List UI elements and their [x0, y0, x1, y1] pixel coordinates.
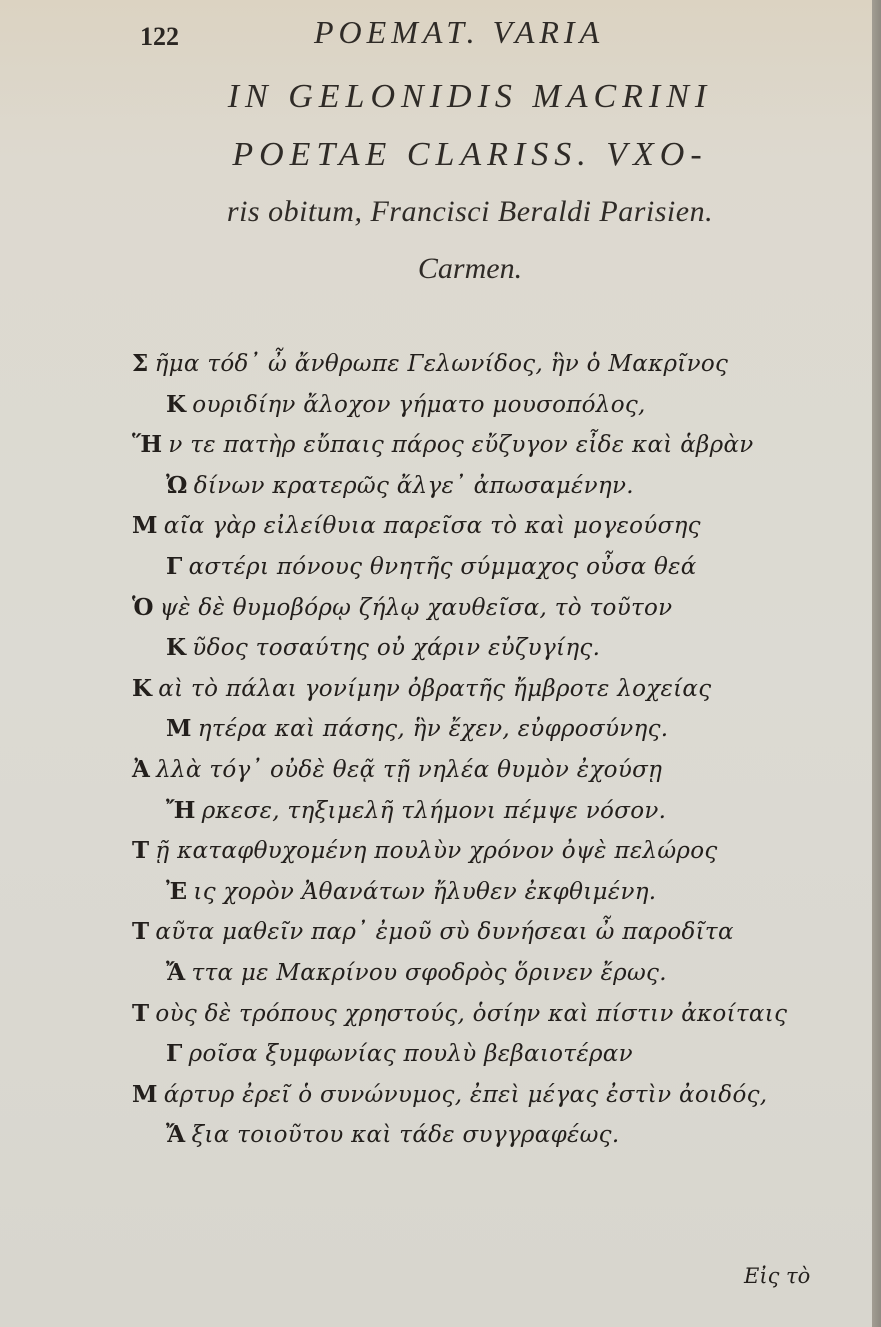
verse-line: Ἄξια τοιοῦτου καὶ τάδε συγγραφέως.: [132, 1115, 832, 1156]
verse-line: Μαῖα γὰρ εἰλείθυια παρεῖσα τὸ καὶ μογεού…: [132, 506, 832, 547]
catchword: Εἰς τὸ: [744, 1264, 810, 1288]
verse-line: Μητέρα καὶ πάσης, ἣν ἔχεν, εὐφροσύνης.: [132, 709, 832, 750]
verse-line: Σῆμα τόδ᾽ ὦ ἄνθρωπε Γελωνίδος, ἣν ὁ Μακρ…: [132, 344, 832, 385]
verse-line: Μάρτυρ ἐρεῖ ὁ συνώνυμος, ἐπεὶ μέγας ἐστὶ…: [132, 1075, 832, 1116]
running-head: 122 POEMAT. VARIA: [140, 14, 760, 54]
title-line-2: POETAE CLARISS. VXO-: [130, 126, 810, 184]
verse-line: Ἐις χορὸν Ἀθανάτων ἤλυθεν ἐκφθιμένη.: [132, 872, 832, 913]
verse-line: Τοὺς δὲ τρόπους χρηστούς, ὁσίην καὶ πίστ…: [132, 994, 832, 1035]
verse-line: Ὠδίνων κρατερῶς ἄλγε᾽ ἀπωσαμένην.: [132, 466, 832, 507]
page-edge-shadow: [872, 0, 881, 1327]
running-title: POEMAT. VARIA: [314, 14, 604, 51]
verse-line: Κῦδος τοσαύτης οὐ χάριν εὐζυγίης.: [132, 628, 832, 669]
verse-line: Κουριδίην ἄλοχον γήματο μουσοπόλος,: [132, 385, 832, 426]
verse-line: Ἄττα με Μακρίνου σφοδρὸς ὅρινεν ἔρως.: [132, 953, 832, 994]
verse-line: Ταῦτα μαθεῖν παρ᾽ ἐμοῦ σὺ δυνήσεαι ὦ παρ…: [132, 912, 832, 953]
verse-line: Ἤρκεσε, τηξιμελῆ τλήμονι πέμψε νόσον.: [132, 791, 832, 832]
book-page: 122 POEMAT. VARIA IN GELONIDIS MACRINI P…: [0, 0, 872, 1327]
title-carmen: Carmen.: [130, 240, 810, 298]
title-line-1: IN GELONIDIS MACRINI: [130, 68, 810, 126]
verse-line: Ἀλλὰ τόγ᾽ οὐδὲ θεᾷ τῇ νηλέα θυμὸν ἐχούσῃ: [132, 750, 832, 791]
verse-line: Γροῖσα ξυμφωνίας πουλὺ βεβαιοτέραν: [132, 1034, 832, 1075]
verse-line: Ἥν τε πατὴρ εὔπαις πάρος εὔζυγον εἶδε κα…: [132, 425, 832, 466]
verse-line: Ὁψὲ δὲ θυμοβόρῳ ζήλῳ χαυθεῖσα, τὸ τοῦτον: [132, 588, 832, 629]
page-number: 122: [140, 22, 179, 52]
verse-line: Καὶ τὸ πάλαι γονίμην ὀβρατῆς ἤμβροτε λοχ…: [132, 669, 832, 710]
poem-title: IN GELONIDIS MACRINI POETAE CLARISS. VXO…: [130, 68, 810, 298]
verse-line: Τῇ καταφθυχομένη πουλὺν χρόνον ὀψὲ πελώρ…: [132, 831, 832, 872]
title-line-3: ris obitum, Francisci Beraldi Parisien.: [130, 184, 810, 240]
greek-poem: Σῆμα τόδ᾽ ὦ ἄνθρωπε Γελωνίδος, ἣν ὁ Μακρ…: [132, 344, 832, 1156]
verse-line: Γαστέρι πόνους θνητῆς σύμμαχος οὖσα θεά: [132, 547, 832, 588]
